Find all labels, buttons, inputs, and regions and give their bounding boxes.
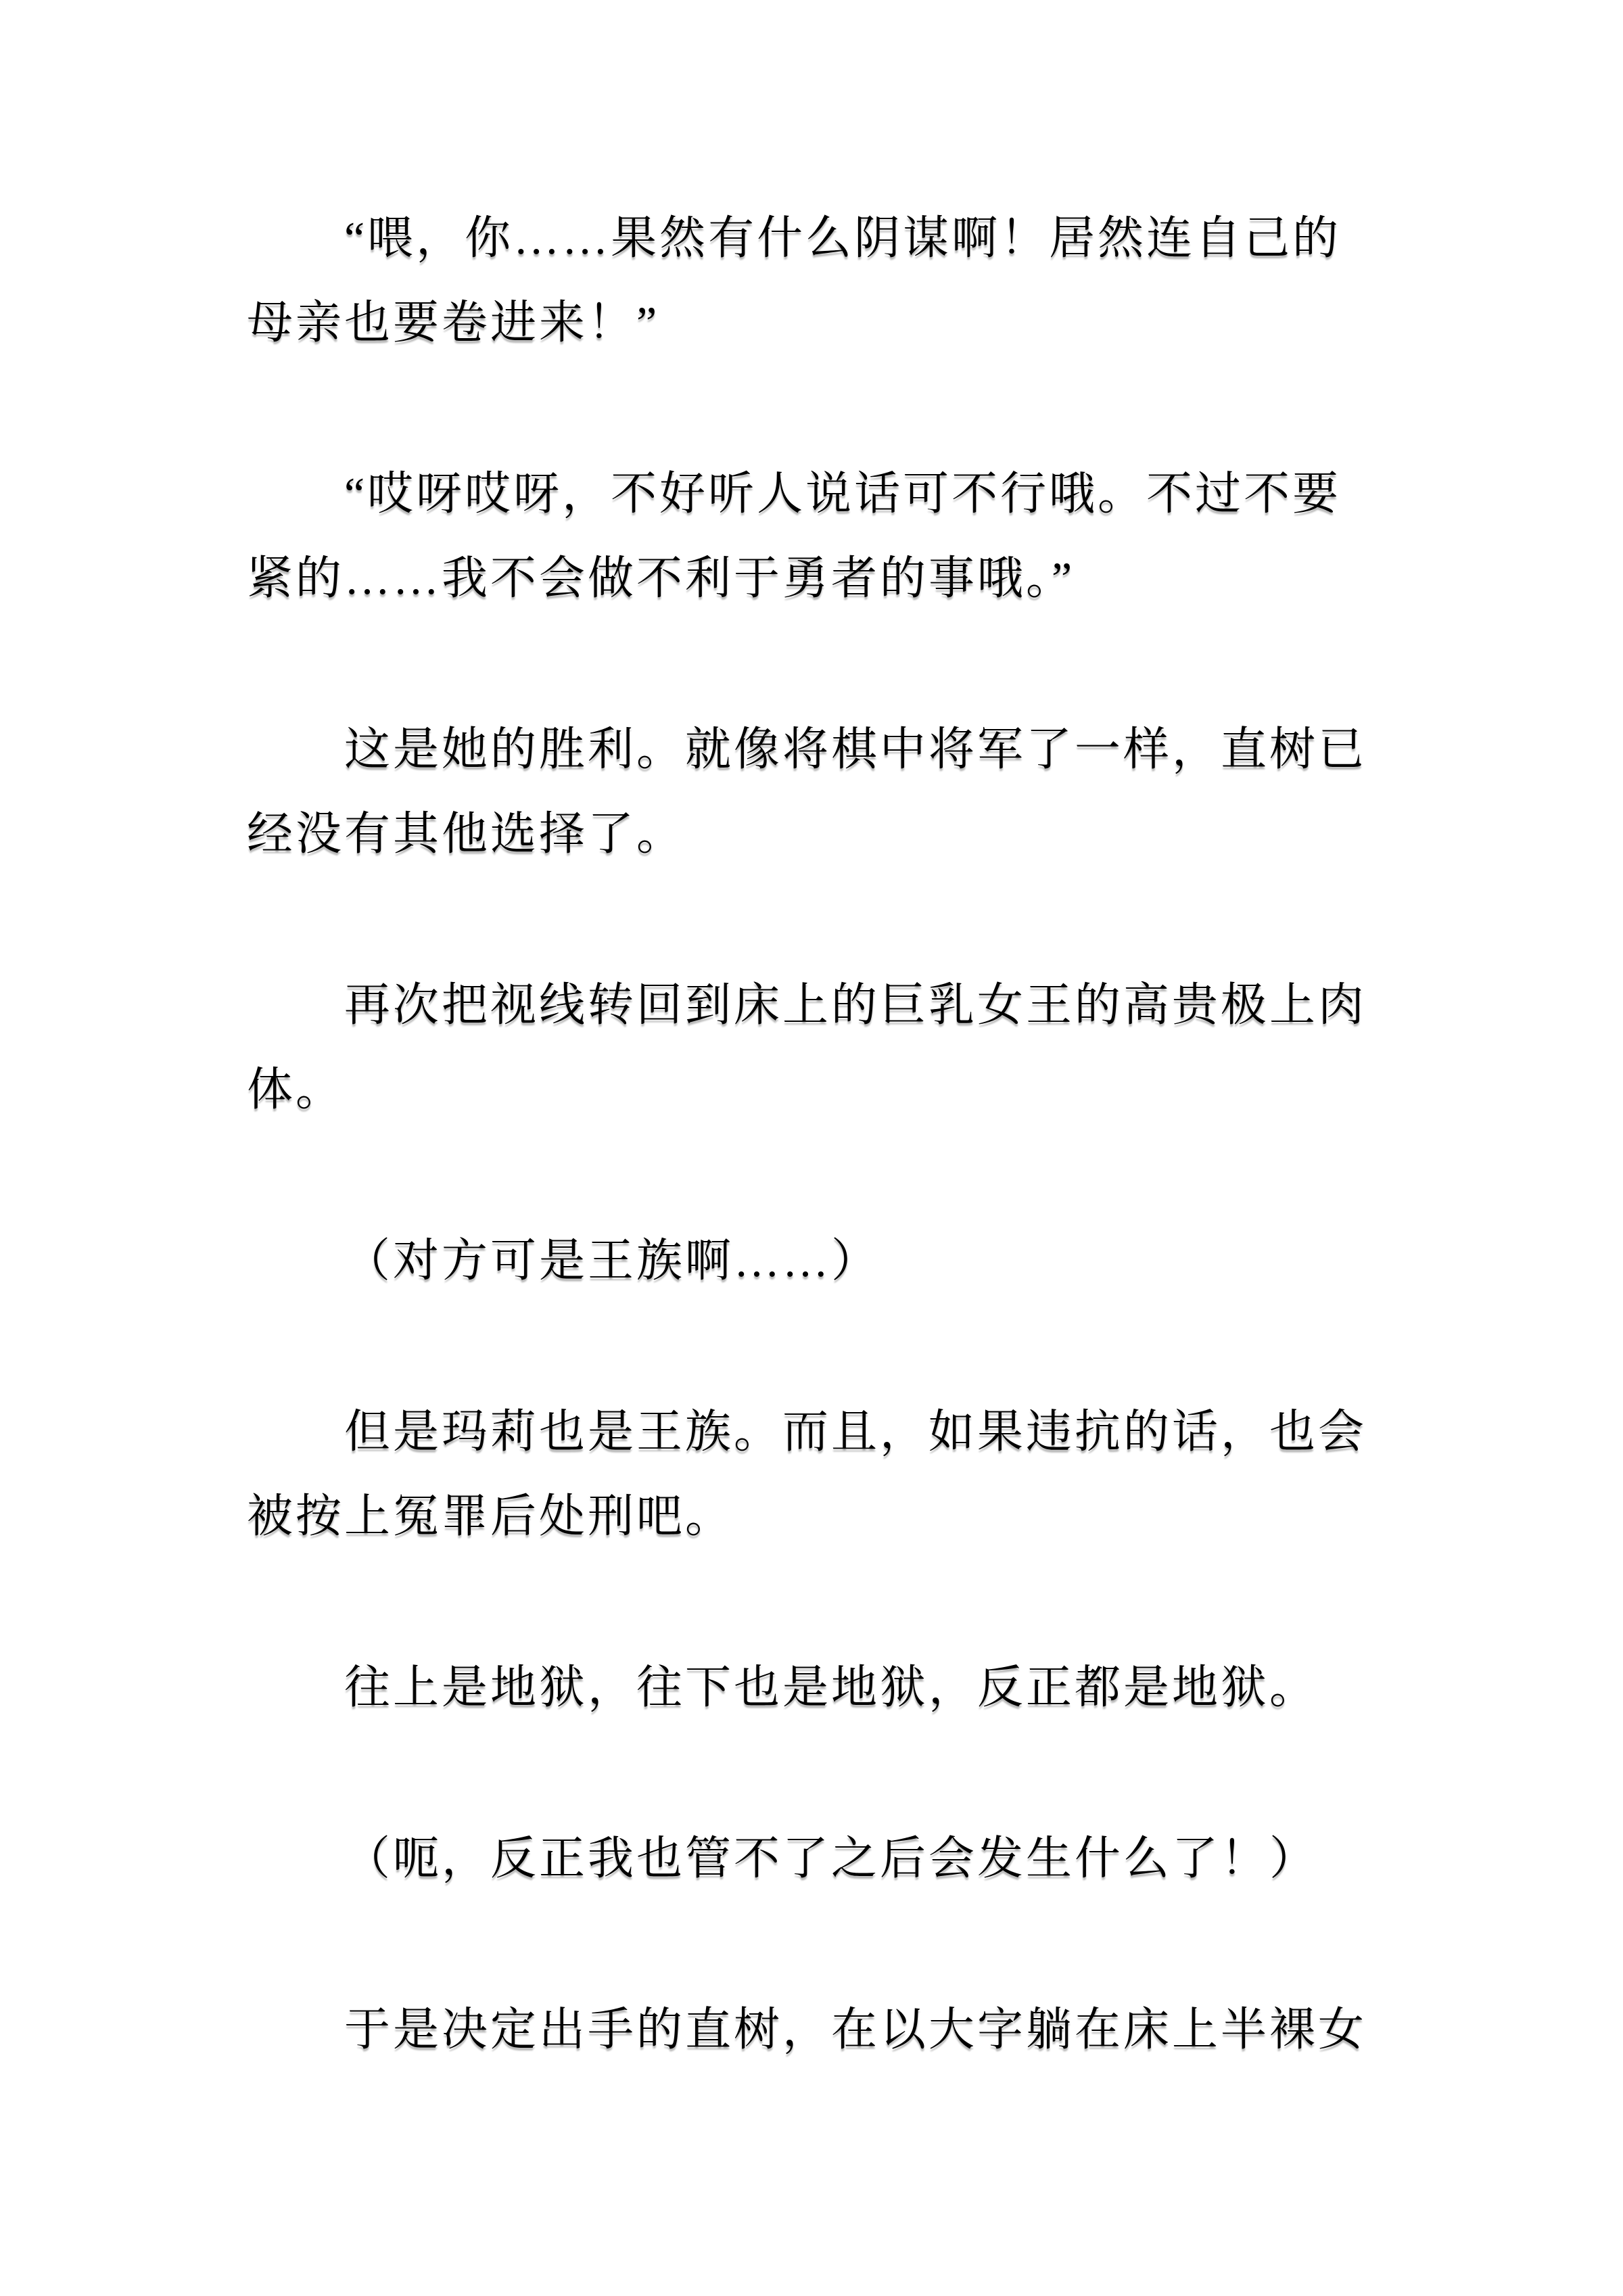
text-line: （呃，反正我也管不了之后会发生什么了！） (247, 1817, 1380, 1901)
text-line: 再次把视线转回到床上的巨乳女王的高贵极上肉 (247, 963, 1380, 1048)
text-line: 于是决定出手的直树，在以大字躺在床上半裸女 (247, 1988, 1380, 2072)
text-line: 往上是地狱，往下也是地狱，反正都是地狱。 (247, 1645, 1380, 1730)
paragraph: “哎呀哎呀，不好听人说话可不行哦。不过不要紧的……我不会做不利于勇者的事哦。” (247, 452, 1380, 621)
paragraph: （对方可是王族啊……） (247, 1219, 1380, 1303)
text-line: “喂，你……果然有什么阴谋啊！居然连自己的 (247, 196, 1380, 281)
text-line: “哎呀哎呀，不好听人说话可不行哦。不过不要 (247, 452, 1380, 536)
paragraph: 于是决定出手的直树，在以大字躺在床上半裸女 (247, 1988, 1380, 2072)
text-line: 经没有其他选择了。 (247, 792, 1380, 876)
text-line: 被按上冤罪后处刑吧。 (247, 1474, 1380, 1559)
text-line: 紧的……我不会做不利于勇者的事哦。” (247, 536, 1380, 621)
document-page: “喂，你……果然有什么阴谋啊！居然连自己的母亲也要卷进来！”“哎呀哎呀，不好听人… (0, 0, 1623, 2296)
paragraph: 这是她的胜利。就像将棋中将军了一样，直树已经没有其他选择了。 (247, 707, 1380, 876)
paragraph: 再次把视线转回到床上的巨乳女王的高贵极上肉体。 (247, 963, 1380, 1132)
text-line: 母亲也要卷进来！” (247, 281, 1380, 365)
paragraph: （呃，反正我也管不了之后会发生什么了！） (247, 1817, 1380, 1901)
text-line: 但是玛莉也是王族。而且，如果违抗的话，也会 (247, 1390, 1380, 1474)
paragraph: “喂，你……果然有什么阴谋啊！居然连自己的母亲也要卷进来！” (247, 196, 1380, 365)
text-line: 这是她的胜利。就像将棋中将军了一样，直树已 (247, 707, 1380, 792)
text-line: （对方可是王族啊……） (247, 1219, 1380, 1303)
paragraph: 往上是地狱，往下也是地狱，反正都是地狱。 (247, 1645, 1380, 1730)
document-body: “喂，你……果然有什么阴谋啊！居然连自己的母亲也要卷进来！”“哎呀哎呀，不好听人… (247, 196, 1380, 2159)
paragraph: 但是玛莉也是王族。而且，如果违抗的话，也会被按上冤罪后处刑吧。 (247, 1390, 1380, 1559)
text-line: 体。 (247, 1048, 1380, 1132)
